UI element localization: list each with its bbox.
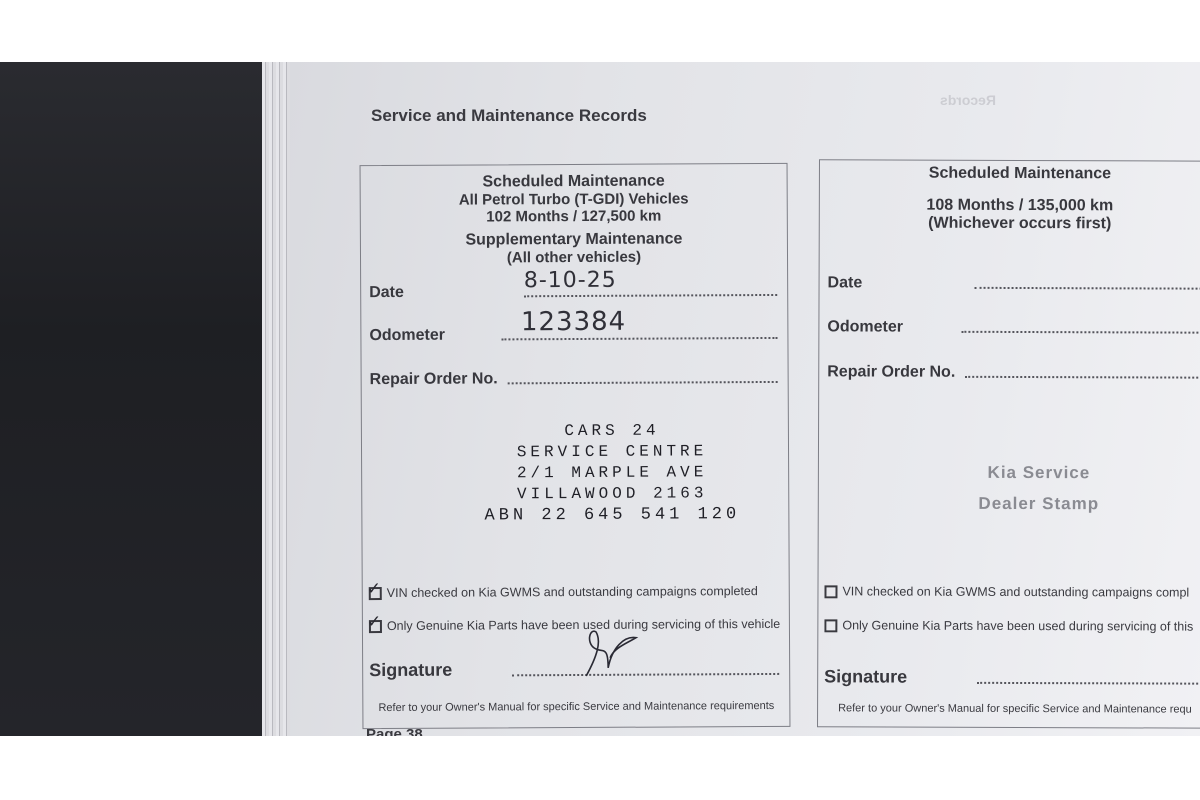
signature-line: [977, 682, 1200, 685]
vin-check-item[interactable]: ✓ VIN checked on Kia GWMS and outstandin…: [369, 584, 785, 600]
header-line: Scheduled Maintenance: [820, 164, 1200, 183]
repair-order-field[interactable]: Repair Order No.: [370, 369, 778, 389]
date-field[interactable]: Date 8-10-25: [369, 282, 777, 302]
odometer-line: 123384: [501, 336, 777, 340]
vin-check-item[interactable]: VIN checked on Kia GWMS and outstanding …: [824, 584, 1200, 599]
page-number: Page 38: [366, 726, 423, 736]
repair-order-label: Repair Order No.: [827, 363, 955, 381]
checkbox-unchecked[interactable]: [824, 619, 837, 632]
date-label: Date: [369, 284, 404, 302]
dark-background: [0, 62, 265, 736]
signature-scribble-icon: [572, 628, 642, 680]
genuine-parts-check-item[interactable]: Only Genuine Kia Parts have been used du…: [824, 618, 1200, 633]
service-record-card-108: Scheduled Maintenance 108 Months / 135,0…: [817, 159, 1200, 728]
checkbox-checked[interactable]: ✓: [369, 587, 382, 600]
signature-label: Signature: [824, 666, 907, 687]
date-line: [974, 286, 1200, 290]
check-label: VIN checked on Kia GWMS and outstanding …: [842, 584, 1189, 599]
check-label: VIN checked on Kia GWMS and outstanding …: [387, 584, 758, 600]
repair-order-line: [508, 380, 778, 384]
header-line: Supplementary Maintenance: [361, 230, 787, 250]
page-title: Service and Maintenance Records: [371, 106, 647, 126]
signature-label: Signature: [369, 660, 452, 681]
date-line: 8-10-25: [524, 293, 777, 297]
date-label: Date: [828, 274, 863, 292]
signature-line: [512, 673, 779, 676]
repair-order-field[interactable]: Repair Order No.: [827, 363, 1200, 382]
header-line: (Whichever occurs first): [820, 214, 1200, 233]
header-line: Scheduled Maintenance: [361, 172, 787, 192]
dealer-stamp-placeholder: Kia Service Dealer Stamp: [939, 457, 1139, 520]
tick-icon: ✓: [367, 612, 381, 632]
header-line: 108 Months / 135,000 km: [820, 196, 1200, 215]
odometer-field[interactable]: Odometer 123384: [369, 325, 777, 345]
stamp-line: 2/1 MARPLE AVE: [482, 462, 742, 484]
footer-note: Refer to your Owner's Manual for specifi…: [838, 702, 1200, 715]
header-line: (All other vehicles): [361, 248, 787, 267]
date-field[interactable]: Date: [828, 274, 1200, 293]
check-label: Only Genuine Kia Parts have been used du…: [842, 618, 1193, 633]
odometer-label: Odometer: [369, 327, 445, 345]
signature-field[interactable]: Signature: [824, 666, 1200, 688]
tick-icon: ✓: [367, 579, 381, 599]
footer-note: Refer to your Owner's Manual for specifi…: [363, 700, 789, 714]
odometer-handwritten: 123384: [521, 307, 626, 338]
odometer-field[interactable]: Odometer: [827, 318, 1200, 337]
service-record-card-102: Scheduled Maintenance All Petrol Turbo (…: [360, 163, 791, 729]
stamp-line: VILLAWOOD 2163: [482, 483, 742, 505]
header-line: 102 Months / 127,500 km: [361, 207, 787, 226]
booklet-page-edges: [262, 62, 292, 736]
booklet-page: Records Service and Maintenance Records …: [290, 62, 1200, 736]
record-header: Scheduled Maintenance 108 Months / 135,0…: [820, 164, 1200, 233]
stamp-placeholder-line: Dealer Stamp: [939, 488, 1139, 520]
stamp-line: ABN 22 645 541 120: [482, 504, 742, 526]
repair-order-label: Repair Order No.: [370, 370, 498, 389]
show-through-text: Records: [940, 92, 996, 108]
date-handwritten: 8-10-25: [524, 268, 617, 293]
repair-order-line: [965, 375, 1200, 379]
record-header: Scheduled Maintenance All Petrol Turbo (…: [361, 172, 787, 267]
odometer-line: [961, 330, 1200, 334]
stamp-line: CARS 24: [482, 420, 742, 442]
photo: Records Service and Maintenance Records …: [0, 62, 1200, 736]
checkbox-checked[interactable]: ✓: [369, 620, 382, 633]
stamp-line: SERVICE CENTRE: [482, 441, 742, 463]
odometer-label: Odometer: [827, 318, 903, 336]
stamp-placeholder-line: Kia Service: [939, 457, 1139, 489]
checkbox-unchecked[interactable]: [824, 585, 837, 598]
dealer-stamp: CARS 24 SERVICE CENTRE 2/1 MARPLE AVE VI…: [482, 420, 743, 526]
signature-field[interactable]: Signature: [369, 658, 779, 681]
